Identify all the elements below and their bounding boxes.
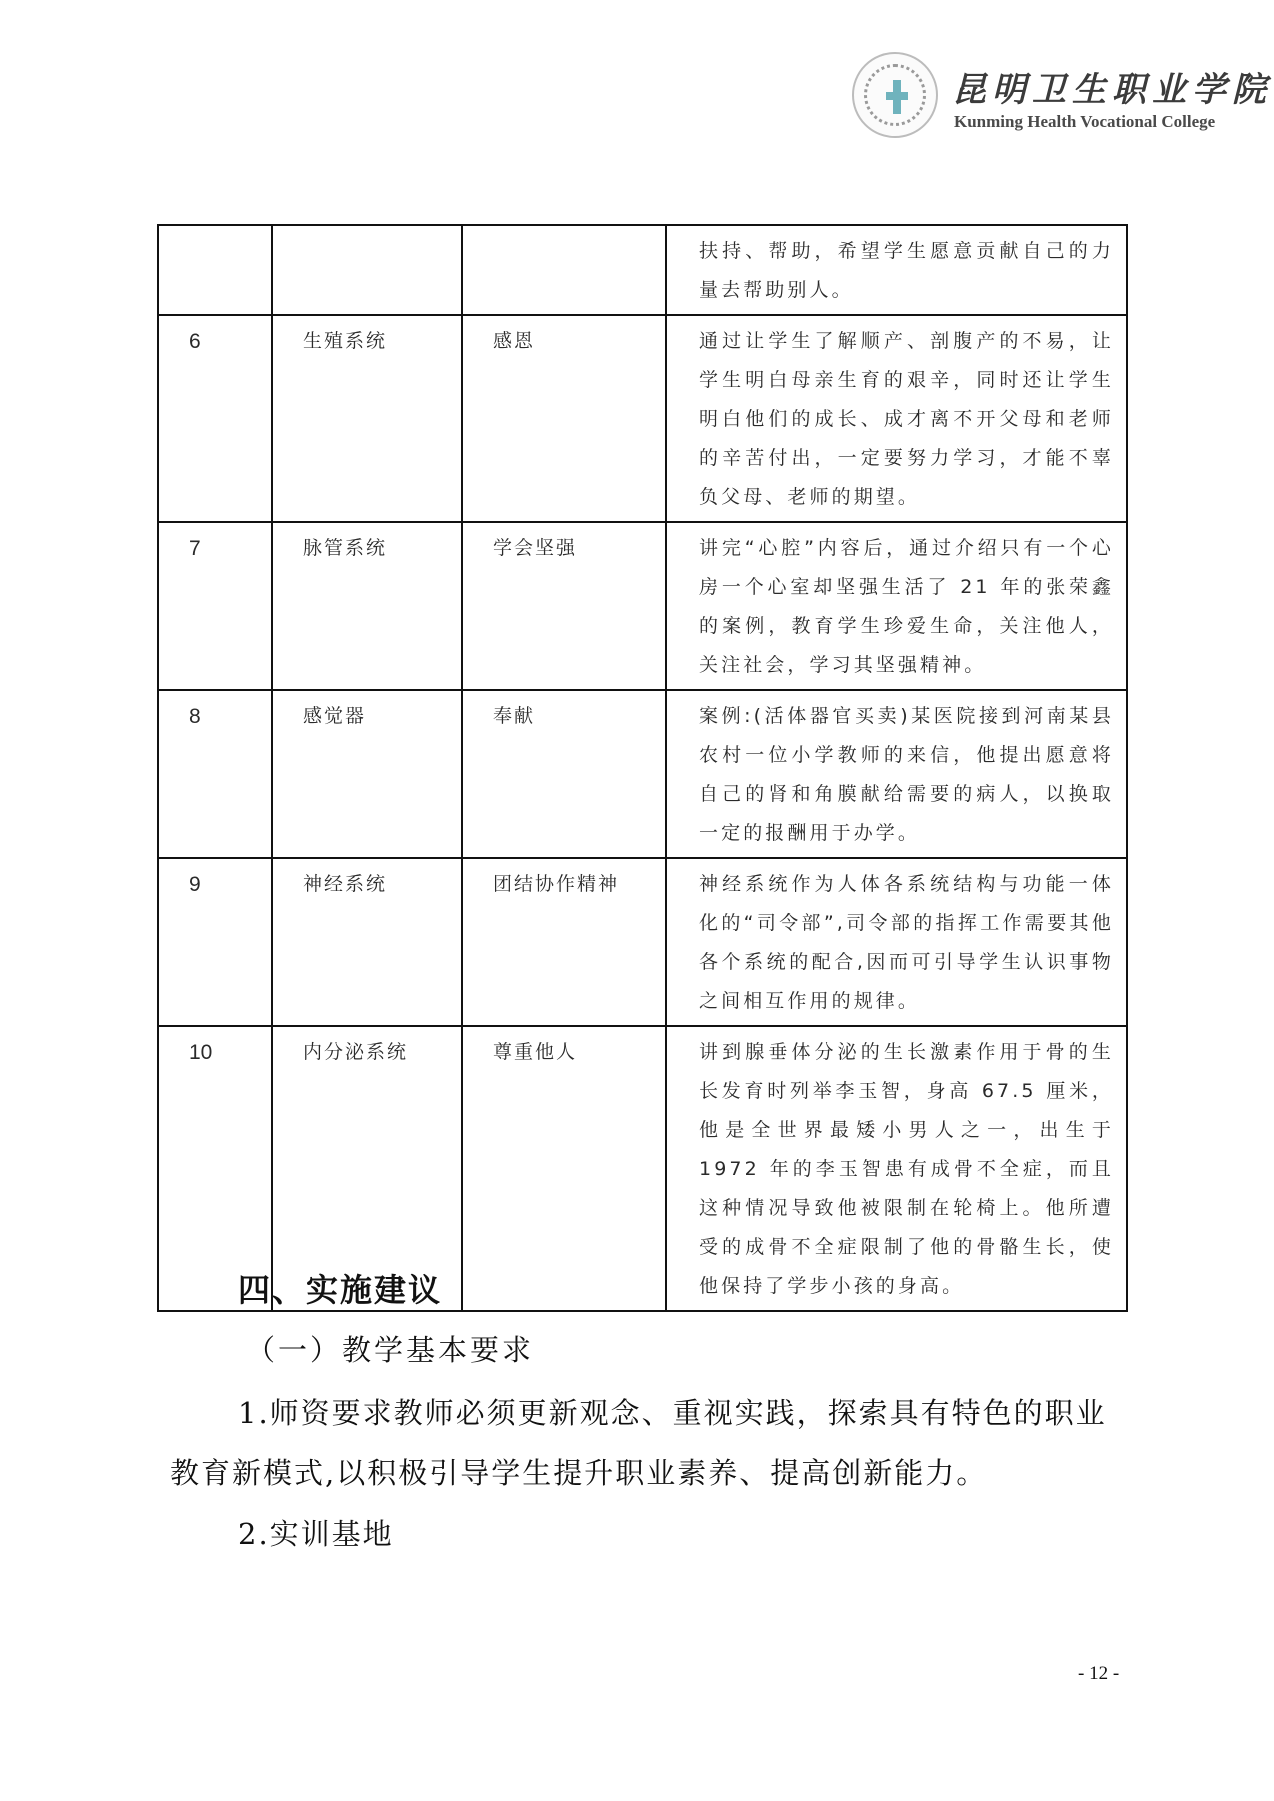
cell-description: 扶持、帮助，希望学生愿意贡献自己的力量去帮助别人。 xyxy=(666,225,1127,315)
cell-value: 感恩 xyxy=(462,315,666,522)
cell-value: 团结协作精神 xyxy=(462,858,666,1026)
paragraph-teacher-requirements: 1.师资要求教师必须更新观念、重视实践，探索具有特色的职业教育新模式,以积极引导… xyxy=(170,1383,1122,1503)
table-row: 8 感觉器 奉献 案例:(活体器官买卖)某医院接到河南某县农村一位小学教师的来信… xyxy=(158,690,1127,858)
cell-value: 学会坚强 xyxy=(462,522,666,690)
table-row: 扶持、帮助，希望学生愿意贡献自己的力量去帮助别人。 xyxy=(158,225,1127,315)
cell-no: 9 xyxy=(158,858,272,1026)
cell-no: 7 xyxy=(158,522,272,690)
table-row: 7 脉管系统 学会坚强 讲完“心腔”内容后，通过介绍只有一个心房一个心室却坚强生… xyxy=(158,522,1127,690)
cell-description: 通过让学生了解顺产、剖腹产的不易，让学生明白母亲生育的艰辛，同时还让学生明白他们… xyxy=(666,315,1127,522)
cell-system: 神经系统 xyxy=(272,858,462,1026)
cell-description: 讲完“心腔”内容后，通过介绍只有一个心房一个心室却坚强生活了 21 年的张荣鑫的… xyxy=(666,522,1127,690)
cell-value: 奉献 xyxy=(462,690,666,858)
section-title: 四、实施建议 xyxy=(238,1265,442,1311)
ideological-elements-table: 扶持、帮助，希望学生愿意贡献自己的力量去帮助别人。 6 生殖系统 感恩 通过让学… xyxy=(157,224,1128,1312)
cell-description: 讲到腺垂体分泌的生长激素作用于骨的生长发育时列举李玉智，身高 67.5 厘米，他… xyxy=(666,1026,1127,1311)
college-header: 昆明卫生职业学院 Kunming Health Vocational Colle… xyxy=(852,52,1232,142)
college-seal-icon xyxy=(852,52,938,138)
cell-value: 尊重他人 xyxy=(462,1026,666,1311)
college-name-en: Kunming Health Vocational College xyxy=(954,112,1215,132)
cell-system: 感觉器 xyxy=(272,690,462,858)
college-name-cn: 昆明卫生职业学院 xyxy=(952,62,1272,111)
cell-no: 8 xyxy=(158,690,272,858)
table-row: 6 生殖系统 感恩 通过让学生了解顺产、剖腹产的不易，让学生明白母亲生育的艰辛，… xyxy=(158,315,1127,522)
cell-description: 案例:(活体器官买卖)某医院接到河南某县农村一位小学教师的来信，他提出愿意将自己… xyxy=(666,690,1127,858)
cell-no xyxy=(158,225,272,315)
cell-system xyxy=(272,225,462,315)
cell-system: 生殖系统 xyxy=(272,315,462,522)
subsection-title: （一）教学基本要求 xyxy=(246,1328,534,1369)
cell-no: 6 xyxy=(158,315,272,522)
cell-value xyxy=(462,225,666,315)
cell-description: 神经系统作为人体各系统结构与功能一体化的“司令部”,司令部的指挥工作需要其他各个… xyxy=(666,858,1127,1026)
cell-system: 脉管系统 xyxy=(272,522,462,690)
page-number: - 12 - xyxy=(1078,1663,1119,1685)
table-row: 9 神经系统 团结协作精神 神经系统作为人体各系统结构与功能一体化的“司令部”,… xyxy=(158,858,1127,1026)
medical-cross-icon xyxy=(886,80,908,114)
paragraph-training-base: 2.实训基地 xyxy=(238,1504,1190,1564)
